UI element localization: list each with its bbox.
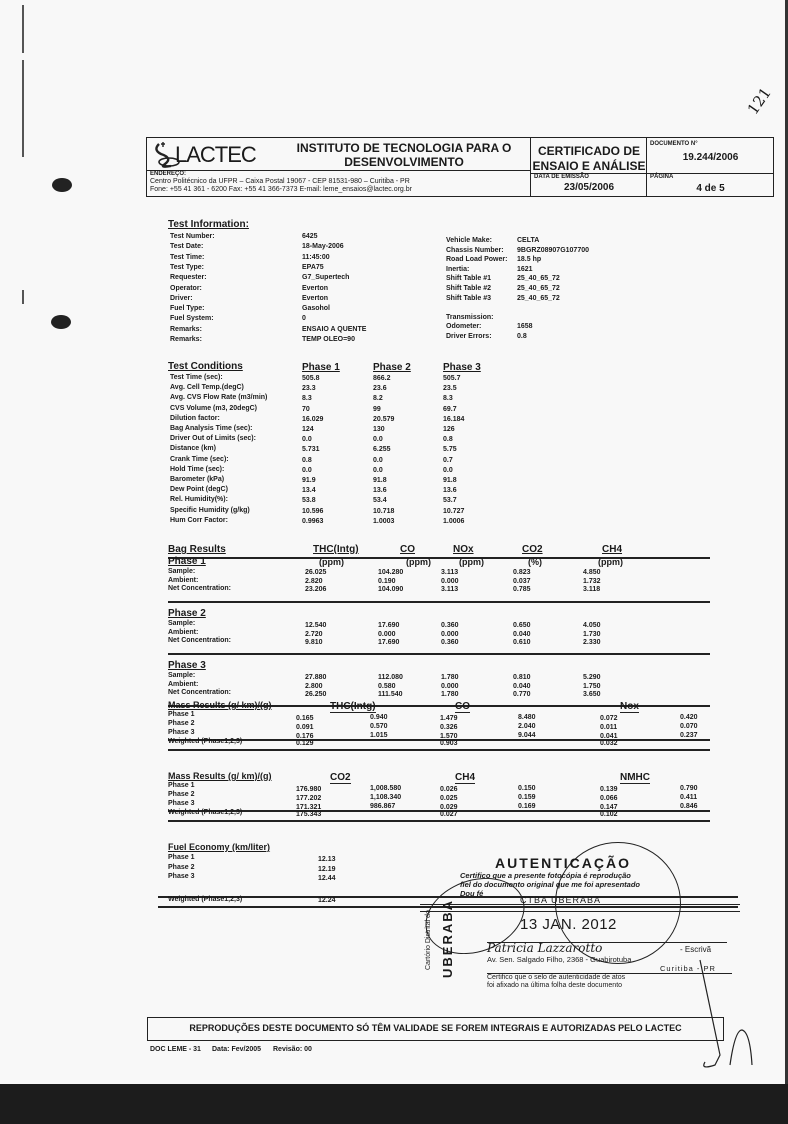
info-label: Transmission: <box>446 314 493 321</box>
info-value: 0 <box>302 315 306 322</box>
reproduction-notice-box: REPRODUÇÕES DESTE DOCUMENTO SÓ TÊM VALID… <box>147 1017 724 1041</box>
condition-label: Test Time (sec): <box>170 374 223 381</box>
stamp-footer: foi afixado na última folha deste docume… <box>487 982 622 989</box>
bag-phase-title: Phase 1 <box>168 556 206 567</box>
contact-line: Fone: +55 41 361 - 6200 Fax: +55 41 366-… <box>150 186 412 193</box>
weighted-value: 0.032 <box>600 740 618 747</box>
mass-results-title: Mass Results (g/ km)/(g) <box>168 771 272 781</box>
bag-value: 1.780 <box>441 674 459 681</box>
condition-value: 0.8 <box>302 457 312 464</box>
bag-column-header: THC(Intg) <box>313 544 359 555</box>
condition-value: 16.184 <box>443 416 464 423</box>
mass-value: 0.072 <box>600 715 618 722</box>
bag-value: 2.330 <box>583 639 601 646</box>
mass-value: 0.420 <box>680 714 698 721</box>
condition-value: 20.579 <box>373 416 394 423</box>
info-value: Everton <box>302 285 328 292</box>
mass-row-label: Phase 2 <box>168 791 194 798</box>
info-label: Vehicle Make: <box>446 237 492 244</box>
condition-label: Avg. Cell Temp.(degC) <box>170 384 244 391</box>
condition-label: CVS Volume (m3, 20degC) <box>170 405 257 412</box>
bag-value: 3.118 <box>583 586 600 593</box>
bag-value: 4.850 <box>583 569 601 576</box>
rule-line <box>168 749 710 751</box>
page-label: PÁGINA <box>650 174 673 180</box>
bag-row-label: Ambient: <box>168 577 198 584</box>
condition-value: 1.0006 <box>443 518 464 525</box>
notary-name: Patricia Lazzarotto <box>487 941 602 955</box>
mass-value: 0.150 <box>518 785 536 792</box>
condition-value: 5.75 <box>443 446 457 453</box>
mass-value: 0.159 <box>518 794 536 801</box>
mass-group-header: CH4 <box>455 772 475 784</box>
info-label: Odometer: <box>446 323 481 330</box>
bag-value: 5.290 <box>583 674 601 681</box>
page-number: 4 de 5 <box>647 183 774 194</box>
condition-label: Barometer (kPa) <box>170 476 224 483</box>
condition-label: Distance (km) <box>170 445 216 452</box>
info-label: Remarks: <box>170 336 202 343</box>
bag-row-label: Sample: <box>168 620 195 627</box>
bag-value: 0.190 <box>378 578 396 585</box>
condition-value: 10.727 <box>443 508 464 515</box>
bag-row-label: Net Concentration: <box>168 585 231 592</box>
info-label: Remarks: <box>170 326 202 333</box>
rule-line <box>168 810 710 812</box>
info-value: 1658 <box>517 323 533 330</box>
mass-value: 1.015 <box>370 732 388 739</box>
signature-icon <box>680 950 780 1080</box>
certificate-title: CERTIFICADO DE ENSAIO E ANÁLISE <box>531 144 647 174</box>
document-header: LACTEC INSTITUTO DE TECNOLOGIA PARA O DE… <box>146 137 774 197</box>
fuel-value: 12.13 <box>318 856 336 863</box>
info-label: Inertia: <box>446 266 469 273</box>
info-value: CELTA <box>517 237 539 244</box>
condition-value: 10.718 <box>373 508 394 515</box>
condition-value: 0.0 <box>443 467 453 474</box>
mass-value: 0.326 <box>440 724 458 731</box>
stamp-text: Certifico que a presente fotocópia é rep… <box>460 871 631 880</box>
bag-value: 104.280 <box>378 569 403 576</box>
condition-value: 0.0 <box>373 436 383 443</box>
weighted-label: Weighted (Phase1,2,3) <box>168 738 242 745</box>
rule-line <box>168 653 710 655</box>
bag-value: 0.000 <box>441 578 459 585</box>
bag-value: 1.750 <box>583 683 601 690</box>
condition-label: Specific Humidity (g/kg) <box>170 507 250 514</box>
doc-code: DOC LEME - 31 <box>150 1046 201 1053</box>
condition-value: 69.7 <box>443 406 457 413</box>
condition-value: 130 <box>373 426 385 433</box>
bag-value: 3.650 <box>583 691 601 698</box>
info-value: 25_40_65_72 <box>517 285 560 292</box>
bag-value: 17.690 <box>378 639 399 646</box>
condition-value: 8.2 <box>373 395 383 402</box>
bag-value: 0.580 <box>378 683 396 690</box>
condition-value: 13.4 <box>302 487 316 494</box>
info-label: Fuel Type: <box>170 305 204 312</box>
info-label: Driver Errors: <box>446 333 492 340</box>
bag-value: 26.250 <box>305 691 326 698</box>
bag-phase-title: Phase 2 <box>168 608 206 619</box>
bag-row-label: Ambient: <box>168 681 198 688</box>
weighted-label: Weighted (Phase1,2,3) <box>168 809 242 816</box>
condition-value: 99 <box>373 406 381 413</box>
bag-value: 2.800 <box>305 683 323 690</box>
condition-value: 53.4 <box>373 497 387 504</box>
form-revision: Revisão: 00 <box>273 1046 312 1053</box>
bag-unit: (ppm) <box>459 557 484 567</box>
bag-value: 0.000 <box>441 683 459 690</box>
bag-column-header: CH4 <box>602 544 622 555</box>
bag-value: 12.540 <box>305 622 326 629</box>
document-number: 19.244/2006 <box>647 152 774 163</box>
condition-value: 23.3 <box>302 385 316 392</box>
address-label: ENDEREÇO: <box>150 171 186 177</box>
bag-value: 0.610 <box>513 639 531 646</box>
bag-row-label: Sample: <box>168 568 195 575</box>
bag-value: 0.650 <box>513 622 531 629</box>
fuel-value: 12.44 <box>318 875 336 882</box>
condition-value: 91.8 <box>373 477 387 484</box>
condition-label: Bag Analysis Time (sec): <box>170 425 252 432</box>
bag-value: 17.690 <box>378 622 399 629</box>
lactec-logo: LACTEC <box>151 140 277 170</box>
fuel-value: 12.19 <box>318 866 336 873</box>
mass-group-header: THC(Intg) <box>330 701 376 713</box>
condition-label: Avg. CVS Flow Rate (m3/min) <box>170 394 267 401</box>
info-value: Gasohol <box>302 305 330 312</box>
punch-hole <box>52 178 72 192</box>
mass-row-label: Phase 3 <box>168 729 194 736</box>
bag-unit: (ppm) <box>319 557 344 567</box>
mass-results-title: Mass Results (g/ km)/(g) <box>168 700 272 710</box>
notary-address: Av. Sen. Salgado Filho, 2368 - Guabirotu… <box>487 955 631 964</box>
bag-value: 3.113 <box>441 586 458 593</box>
mass-value: 0.940 <box>370 714 388 721</box>
mass-row-label: Phase 3 <box>168 800 194 807</box>
condition-value: 124 <box>302 426 314 433</box>
bag-value: 0.785 <box>513 586 531 593</box>
condition-value: 0.0 <box>373 467 383 474</box>
rule-line <box>168 739 710 741</box>
reproduction-notice: REPRODUÇÕES DESTE DOCUMENTO SÓ TÊM VALID… <box>148 1023 723 1033</box>
condition-value: 10.596 <box>302 508 323 515</box>
condition-value: 0.0 <box>302 467 312 474</box>
weighted-value: 0.129 <box>296 740 314 747</box>
info-value: ENSAIO A QUENTE <box>302 326 366 333</box>
stamp-title: AUTENTICAÇÃO <box>495 855 631 871</box>
info-value: EPA75 <box>302 264 324 271</box>
bag-value: 0.360 <box>441 622 459 629</box>
mass-value: 0.411 <box>680 794 697 801</box>
mass-value: 0.790 <box>680 785 698 792</box>
bag-value: 0.810 <box>513 674 531 681</box>
info-label: Test Type: <box>170 264 204 271</box>
bag-value: 1.730 <box>583 631 601 638</box>
info-label: Requester: <box>170 274 207 281</box>
bag-value: 0.823 <box>513 569 531 576</box>
info-value: Everton <box>302 295 328 302</box>
bag-value: 104.090 <box>378 586 403 593</box>
condition-value: 0.0 <box>373 457 383 464</box>
phase-header: Phase 2 <box>373 362 411 373</box>
condition-label: Dew Point (degC) <box>170 486 228 493</box>
mass-value: 177.202 <box>296 795 321 802</box>
mass-value: 0.091 <box>296 724 314 731</box>
bag-value: 1.780 <box>441 691 459 698</box>
info-value: 25_40_65_72 <box>517 295 560 302</box>
info-label: Shift Table #1 <box>446 275 491 282</box>
rule-line <box>168 601 710 603</box>
condition-value: 505.8 <box>302 375 320 382</box>
info-value: 6425 <box>302 233 318 240</box>
document-number-cell: DOCUMENTO N° 19.244/2006 PÁGINA 4 de 5 <box>646 138 774 196</box>
handwritten-page-number: 121 <box>744 84 775 118</box>
condition-value: 53.7 <box>443 497 457 504</box>
bag-value: 112.080 <box>378 674 403 681</box>
mass-value: 0.570 <box>370 723 388 730</box>
stamp-text: Dou fé <box>460 889 483 898</box>
mass-value: 0.237 <box>680 732 698 739</box>
mass-value: 1,008.580 <box>370 785 401 792</box>
bag-value: 0.040 <box>513 683 531 690</box>
bag-phase-title: Phase 3 <box>168 660 206 671</box>
mass-group-header: NMHC <box>620 772 650 784</box>
bag-unit: (ppm) <box>598 557 623 567</box>
info-value: 18.5 hp <box>517 256 541 263</box>
info-value: 25_40_65_72 <box>517 275 560 282</box>
condition-label: Crank Time (sec): <box>170 456 229 463</box>
info-label: Shift Table #3 <box>446 295 491 302</box>
condition-value: 8.3 <box>302 395 312 402</box>
condition-value: 70 <box>302 406 310 413</box>
phase-header: Phase 3 <box>443 362 481 373</box>
condition-value: 866.2 <box>373 375 391 382</box>
condition-value: 505.7 <box>443 375 461 382</box>
mass-value: 8.480 <box>518 714 536 721</box>
condition-value: 53.8 <box>302 497 316 504</box>
bag-value: 0.770 <box>513 691 531 698</box>
bag-value: 26.025 <box>305 569 326 576</box>
viewer-bottom-bar <box>0 1084 788 1124</box>
mass-group-header: CO <box>455 701 470 713</box>
stamp-footer: Certifico que o selo de autenticidade de… <box>487 974 625 981</box>
rule-line <box>168 557 710 559</box>
document-number-label: DOCUMENTO N° <box>650 141 698 147</box>
phase-header: Phase 1 <box>302 362 340 373</box>
bag-value: 23.206 <box>305 586 326 593</box>
info-value: 18-May-2006 <box>302 243 344 250</box>
bag-value: 1.732 <box>583 578 601 585</box>
info-label: Chassis Number: <box>446 247 504 254</box>
mass-value: 0.025 <box>440 795 458 802</box>
mass-value: 0.165 <box>296 715 314 722</box>
condition-value: 0.0 <box>302 436 312 443</box>
mass-value: 0.139 <box>600 786 618 793</box>
bag-value: 27.880 <box>305 674 326 681</box>
issue-date: 23/05/2006 <box>531 182 647 193</box>
stamp-line <box>420 904 740 905</box>
punch-hole <box>51 315 71 329</box>
stamp-vertical-text: Cartório Distrital do <box>425 910 432 970</box>
bag-value: 2.720 <box>305 631 323 638</box>
condition-value: 1.0003 <box>373 518 394 525</box>
mass-group-header: CO2 <box>330 772 351 784</box>
condition-value: 6.255 <box>373 446 391 453</box>
certificate-cell: CERTIFICADO DE ENSAIO E ANÁLISE DATA DE … <box>530 138 647 196</box>
fuel-row-label: Phase 3 <box>168 873 194 880</box>
condition-value: 0.7 <box>443 457 453 464</box>
form-date: Data: Fev/2005 <box>212 1046 261 1053</box>
institute-name: INSTITUTO DE TECNOLOGIA PARA O DESENVOLV… <box>291 141 517 169</box>
info-label: Fuel System: <box>170 315 214 322</box>
mass-row-label: Phase 1 <box>168 711 194 718</box>
info-label: Test Date: <box>170 243 203 250</box>
weighted-value: 0.027 <box>440 811 458 818</box>
bag-value: 4.050 <box>583 622 601 629</box>
bag-row-label: Net Concentration: <box>168 637 231 644</box>
condition-value: 91.8 <box>443 477 457 484</box>
bag-row-label: Ambient: <box>168 629 198 636</box>
address-line: Centro Politécnico da UFPR – Caixa Posta… <box>150 178 410 185</box>
weighted-value: 0.903 <box>440 740 458 747</box>
weighted-value: 12.24 <box>318 897 336 904</box>
scanned-document-page: 121 LACTEC INSTITUTO DE TECNOLOGIA PARA … <box>0 0 788 1084</box>
bag-unit: (ppm) <box>406 557 431 567</box>
issue-date-label: DATA DE EMISSÃO <box>534 174 589 180</box>
condition-label: Rel. Humidity(%): <box>170 496 228 503</box>
test-information-title: Test Information: <box>168 219 249 230</box>
condition-value: 126 <box>443 426 455 433</box>
mass-row-label: Phase 1 <box>168 782 194 789</box>
mass-value: 176.980 <box>296 786 321 793</box>
info-label: Driver: <box>170 295 193 302</box>
mass-group-header: Nox <box>620 701 639 713</box>
fuel-row-label: Phase 1 <box>168 854 194 861</box>
info-value: G7_Supertech <box>302 274 349 281</box>
mass-value: 0.026 <box>440 786 458 793</box>
bag-unit: (%) <box>528 557 542 567</box>
info-value: 1621 <box>517 266 533 273</box>
bag-column-header: CO2 <box>522 544 543 555</box>
mass-value: 986.867 <box>370 803 395 810</box>
condition-label: Driver Out of Limits (sec): <box>170 435 256 442</box>
weighted-label: Weighted (Phase1,2,3) <box>168 896 242 903</box>
bag-row-label: Net Concentration: <box>168 689 231 696</box>
stamp-line <box>420 911 740 912</box>
mass-value: 0.169 <box>518 803 536 810</box>
bag-value: 0.000 <box>441 631 459 638</box>
bag-value: 0.037 <box>513 578 531 585</box>
bag-row-label: Sample: <box>168 672 195 679</box>
condition-value: 23.6 <box>373 385 387 392</box>
condition-value: 8.3 <box>443 395 453 402</box>
bag-value: 2.820 <box>305 578 323 585</box>
condition-value: 0.8 <box>443 436 453 443</box>
condition-value: 0.9963 <box>302 518 323 525</box>
test-conditions-title: Test Conditions <box>168 361 243 372</box>
info-label: Test Time: <box>170 254 204 261</box>
mass-value: 9.044 <box>518 732 536 739</box>
mass-value: 0.846 <box>680 803 698 810</box>
bag-column-header: CO <box>400 544 415 555</box>
stamp-text: fiel do documento original que me foi ap… <box>460 880 640 889</box>
condition-value: 91.9 <box>302 477 316 484</box>
mass-value: 0.011 <box>600 724 617 731</box>
info-value: 11:45:00 <box>302 254 330 261</box>
bag-value: 3.113 <box>441 569 458 576</box>
condition-value: 16.029 <box>302 416 323 423</box>
info-label: Operator: <box>170 285 202 292</box>
info-value: 9BGRZ08907G107700 <box>517 247 589 254</box>
info-value: 0.8 <box>517 333 527 340</box>
weighted-value: 0.102 <box>600 811 618 818</box>
stamp-vertical-city: UBERABA <box>440 899 455 978</box>
condition-value: 23.5 <box>443 385 457 392</box>
rule-line <box>168 820 710 822</box>
condition-value: 13.6 <box>373 487 387 494</box>
bag-value: 9.810 <box>305 639 323 646</box>
stamp-date: 13 JAN. 2012 <box>520 916 617 933</box>
divider <box>147 170 530 171</box>
condition-value: 5.731 <box>302 446 320 453</box>
fuel-row-label: Phase 2 <box>168 864 194 871</box>
mass-row-label: Phase 2 <box>168 720 194 727</box>
mass-value: 2.040 <box>518 723 536 730</box>
scan-edge-mark <box>22 290 24 304</box>
info-label: Test Number: <box>170 233 215 240</box>
info-value: TEMP OLEO=90 <box>302 336 355 343</box>
mass-value: 0.066 <box>600 795 618 802</box>
info-label: Shift Table #2 <box>446 285 491 292</box>
condition-label: Hum Corr Factor: <box>170 517 228 524</box>
condition-value: 13.6 <box>443 487 457 494</box>
weighted-value: 175.343 <box>296 811 321 818</box>
bag-value: 0.360 <box>441 639 459 646</box>
bag-value: 0.000 <box>378 631 396 638</box>
mass-value: 1,108.340 <box>370 794 401 801</box>
bag-column-header: NOx <box>453 544 474 555</box>
condition-label: Hold Time (sec): <box>170 466 224 473</box>
bag-results-title: Bag Results <box>168 544 226 555</box>
scan-edge-mark <box>22 60 24 157</box>
info-label: Road Load Power: <box>446 256 507 263</box>
mass-value: 1.479 <box>440 715 458 722</box>
scan-edge-mark <box>22 5 24 53</box>
mass-value: 0.070 <box>680 723 698 730</box>
fuel-economy-title: Fuel Economy (km/liter) <box>168 842 270 852</box>
condition-label: Dilution factor: <box>170 415 220 422</box>
bag-value: 111.540 <box>378 691 403 698</box>
bag-value: 0.040 <box>513 631 531 638</box>
